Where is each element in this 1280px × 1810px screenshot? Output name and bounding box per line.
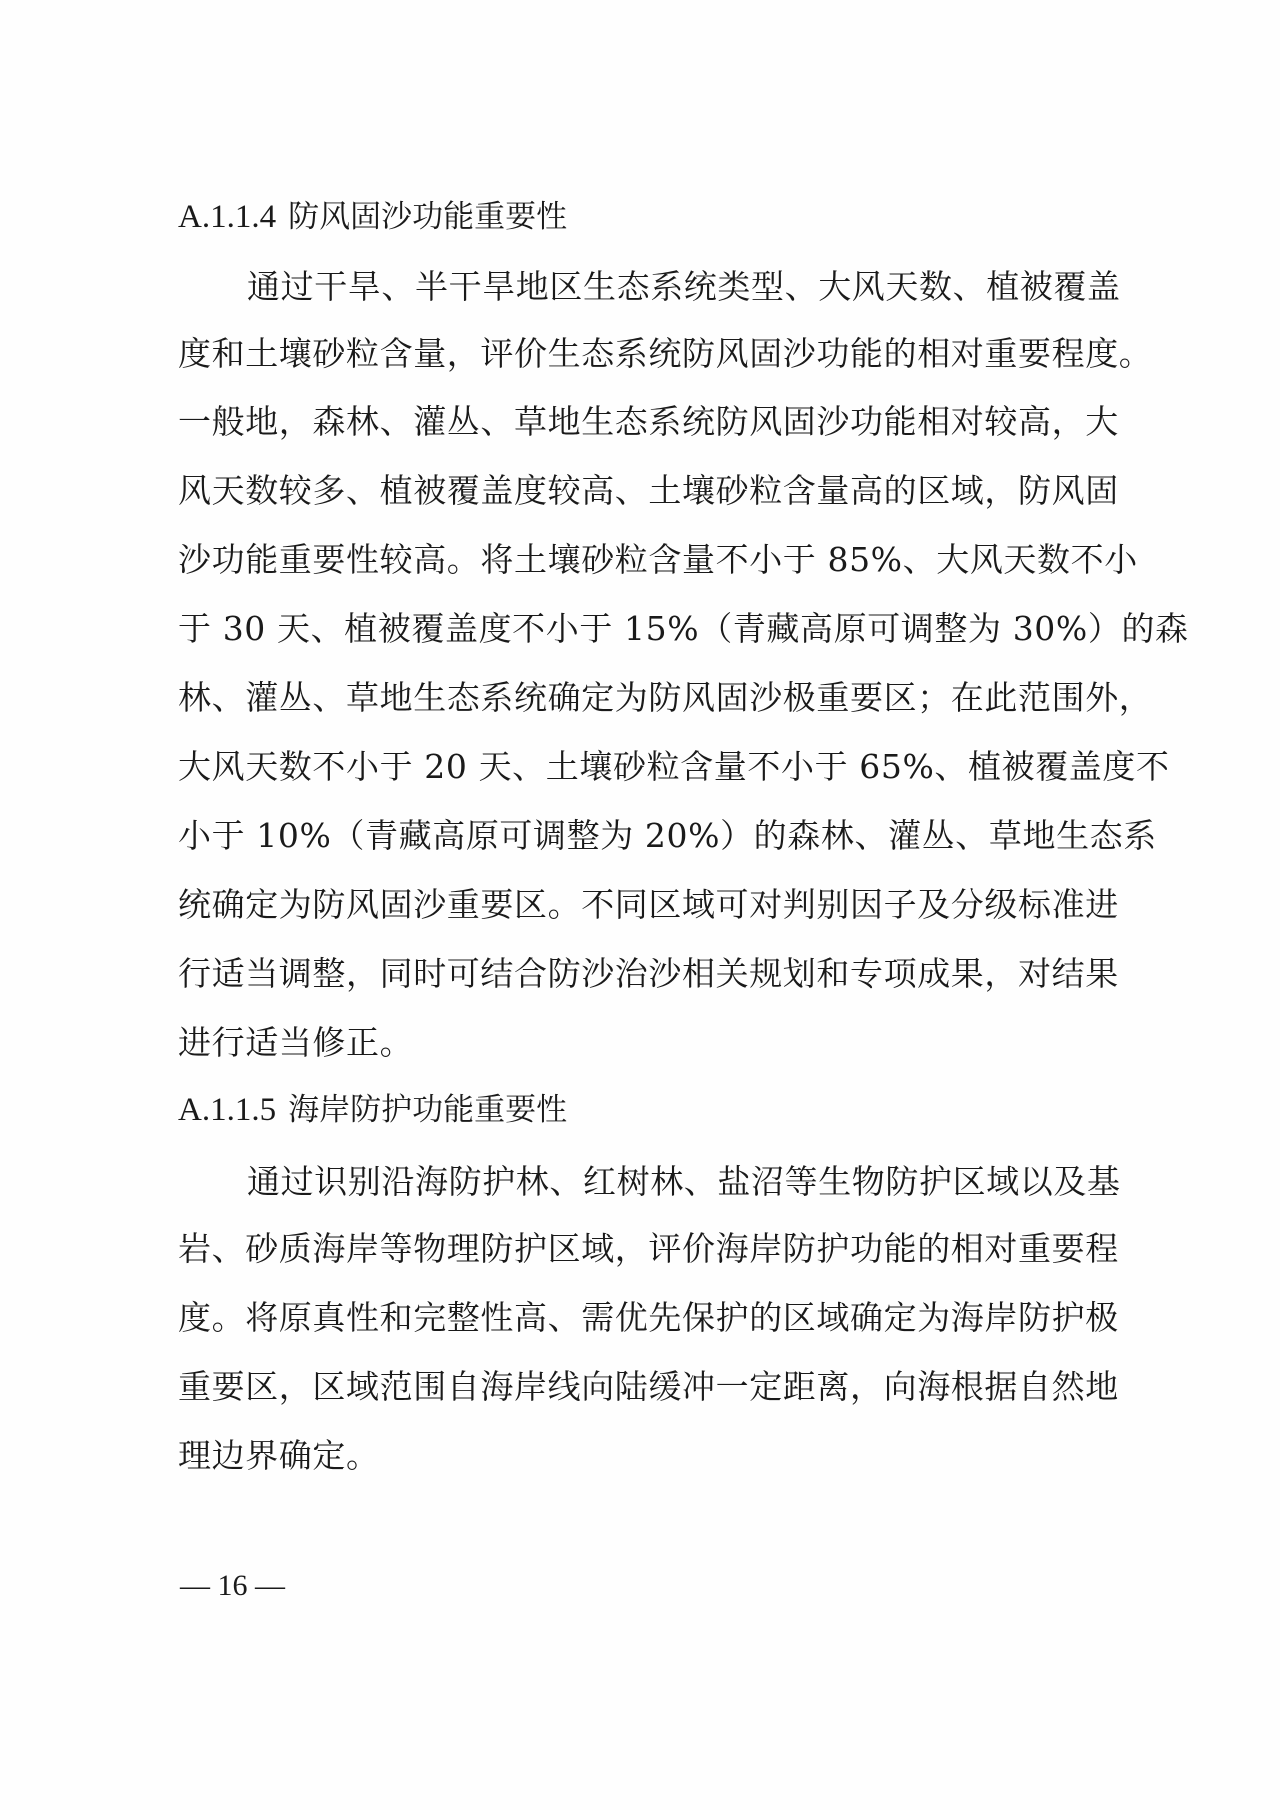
section-number: A.1.1.5 bbox=[178, 1092, 276, 1128]
paragraph-line: 重要区，区域范围自海岸线向陆缓冲一定距离，向海根据自然地 bbox=[178, 1364, 1088, 1410]
paragraph-line: 小于 10%（青藏高原可调整为 20%）的森林、灌丛、草地生态系 bbox=[178, 813, 1088, 859]
paragraph-line: 风天数较多、植被覆盖度较高、土壤砂粒含量高的区域，防风固 bbox=[178, 468, 1088, 514]
paragraph-line: 沙功能重要性较高。将土壤砂粒含量不小于 85%、大风天数不小 bbox=[178, 537, 1088, 583]
paragraph-line: 大风天数不小于 20 天、土壤砂粒含量不小于 65%、植被覆盖度不 bbox=[178, 744, 1088, 790]
page-number: — 16 — bbox=[180, 1566, 285, 1606]
section-number: A.1.1.4 bbox=[178, 199, 276, 235]
section-heading-a115: A.1.1.5海岸防护功能重要性 bbox=[178, 1087, 567, 1133]
paragraph-line: 行适当调整，同时可结合防沙治沙相关规划和专项成果，对结果 bbox=[178, 951, 1088, 997]
paragraph-line: 岩、砂质海岸等物理防护区域，评价海岸防护功能的相对重要程 bbox=[178, 1226, 1088, 1272]
document-page: A.1.1.4防风固沙功能重要性 通过干旱、半干旱地区生态系统类型、大风天数、植… bbox=[0, 0, 1280, 1810]
paragraph-line: 于 30 天、植被覆盖度不小于 15%（青藏高原可调整为 30%）的森 bbox=[178, 606, 1088, 652]
section-title: 防风固沙功能重要性 bbox=[288, 199, 567, 235]
paragraph-line: 一般地，森林、灌丛、草地生态系统防风固沙功能相对较高，大 bbox=[178, 399, 1088, 445]
paragraph-line: 度。将原真性和完整性高、需优先保护的区域确定为海岸防护极 bbox=[178, 1295, 1088, 1341]
paragraph-line: 通过干旱、半干旱地区生态系统类型、大风天数、植被覆盖 bbox=[178, 264, 1088, 310]
paragraph-line: 理边界确定。 bbox=[178, 1433, 1088, 1479]
paragraph-line: 度和土壤砂粒含量，评价生态系统防风固沙功能的相对重要程度。 bbox=[178, 331, 1088, 377]
section-heading-a114: A.1.1.4防风固沙功能重要性 bbox=[178, 194, 567, 240]
paragraph-line: 通过识别沿海防护林、红树林、盐沼等生物防护区域以及基 bbox=[178, 1159, 1088, 1205]
paragraph-line: 统确定为防风固沙重要区。不同区域可对判别因子及分级标准进 bbox=[178, 882, 1088, 928]
paragraph-line: 进行适当修正。 bbox=[178, 1020, 1088, 1066]
paragraph-line: 林、灌丛、草地生态系统确定为防风固沙极重要区；在此范围外， bbox=[178, 675, 1088, 721]
section-title: 海岸防护功能重要性 bbox=[288, 1092, 567, 1128]
